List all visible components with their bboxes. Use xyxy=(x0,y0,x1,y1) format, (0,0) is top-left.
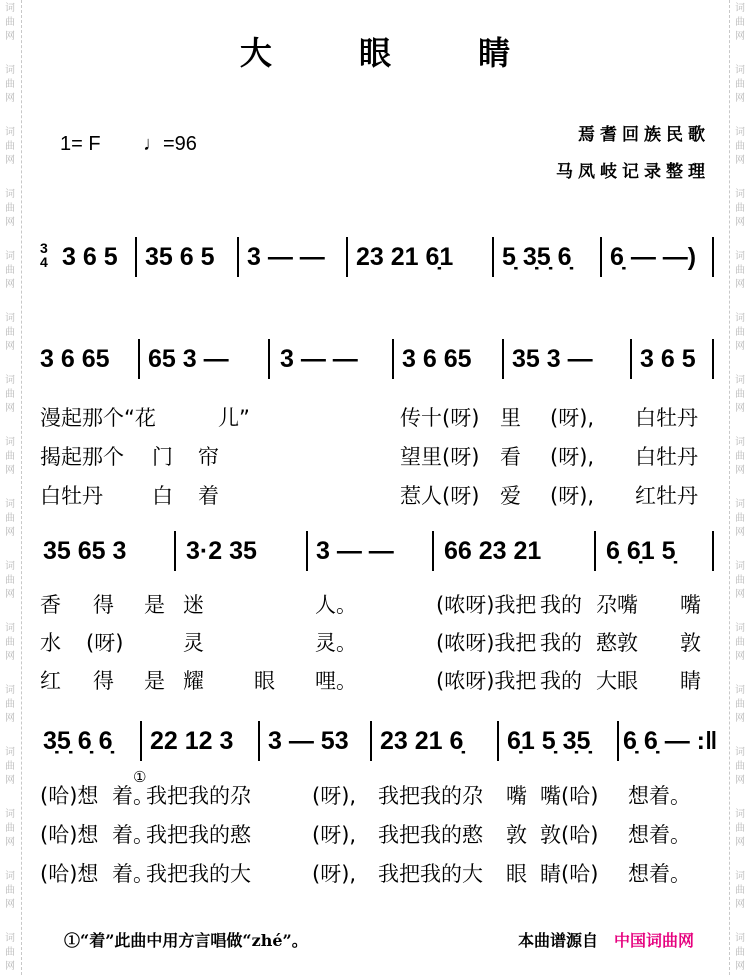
measure: 65 3 — xyxy=(148,345,229,374)
barline xyxy=(432,531,434,571)
measure: 35 65 3 xyxy=(43,537,126,566)
watermark-group: 词曲网 xyxy=(735,188,745,230)
watermark-group: 词曲网 xyxy=(5,312,15,354)
barline xyxy=(492,237,494,277)
watermark-group: 词曲网 xyxy=(735,250,745,292)
watermark-group: 词曲网 xyxy=(5,436,15,478)
measure: 22 12 3 xyxy=(150,727,233,756)
measure: 3 — — xyxy=(247,243,325,272)
measure: 5̣ 3̣5̣ 6̣ xyxy=(502,243,572,272)
margin-guide-left xyxy=(21,0,22,975)
barline xyxy=(306,531,308,571)
barline xyxy=(258,721,260,761)
measure: 66 23 21 xyxy=(444,537,541,566)
watermark-group: 词曲网 xyxy=(735,312,745,354)
footnote: ①“着”此曲中用方言唱做“zhé”。 xyxy=(64,928,308,951)
measure: 3 6 65 xyxy=(40,345,110,374)
barline xyxy=(617,721,619,761)
barline xyxy=(140,721,142,761)
barline xyxy=(174,531,176,571)
measure: 3 6 5 xyxy=(62,243,118,272)
source-label: 本曲谱源自 xyxy=(518,931,598,950)
measure: 3 — 53 xyxy=(268,727,349,756)
watermark-group: 词曲网 xyxy=(5,746,15,788)
watermark-group: 词曲网 xyxy=(5,808,15,850)
measure: 6̣ — —) xyxy=(610,243,696,272)
watermark-left: 词曲网词曲网词曲网词曲网词曲网词曲网词曲网词曲网词曲网词曲网词曲网词曲网词曲网词… xyxy=(0,0,20,975)
barline xyxy=(712,237,714,277)
score-row-3: 35 65 3 3·2 35 3 — — 66 23 21 6̣ 6̣1 5̣ xyxy=(40,537,716,581)
watermark-group: 词曲网 xyxy=(5,498,15,540)
measure: 23 21 6̣ xyxy=(380,727,463,756)
watermark-group: 词曲网 xyxy=(5,684,15,726)
song-title: 大 眼 睛 xyxy=(0,28,750,74)
barline xyxy=(237,237,239,277)
measure: 35 3 — xyxy=(512,345,593,374)
watermark-group: 词曲网 xyxy=(735,684,745,726)
measure: 3 6 5 xyxy=(640,345,696,374)
barline xyxy=(392,339,394,379)
origin-credit: 焉耆回族民歌 xyxy=(578,120,710,145)
watermark-group: 词曲网 xyxy=(5,374,15,416)
footnote-marker: ① xyxy=(133,768,146,786)
measure: 3 6 65 xyxy=(402,345,472,374)
watermark-group: 词曲网 xyxy=(735,808,745,850)
barline xyxy=(346,237,348,277)
watermark-right: 词曲网词曲网词曲网词曲网词曲网词曲网词曲网词曲网词曲网词曲网词曲网词曲网词曲网词… xyxy=(730,0,750,975)
watermark-group: 词曲网 xyxy=(5,188,15,230)
measure: 3 — — xyxy=(316,537,394,566)
barline xyxy=(630,339,632,379)
source-brand-link[interactable]: 中国词曲网 xyxy=(614,931,694,950)
barline xyxy=(712,531,714,571)
source-credit: 本曲谱源自中国词曲网 xyxy=(518,928,694,951)
watermark-group: 词曲网 xyxy=(735,560,745,602)
measure: 35 6 5 xyxy=(145,243,215,272)
tempo-marking: ♩=96 xyxy=(143,133,197,156)
barline xyxy=(138,339,140,379)
margin-guide-right xyxy=(729,0,730,975)
watermark-group: 词曲网 xyxy=(5,870,15,912)
measure: 6̣ 6̣1 5̣ xyxy=(606,537,676,566)
watermark-group: 词曲网 xyxy=(5,250,15,292)
watermark-group: 词曲网 xyxy=(735,746,745,788)
barline xyxy=(600,237,602,277)
barline xyxy=(135,237,137,277)
watermark-group: 词曲网 xyxy=(735,374,745,416)
watermark-group: 词曲网 xyxy=(5,622,15,664)
watermark-group: 词曲网 xyxy=(735,126,745,168)
barline xyxy=(712,339,714,379)
watermark-group: 词曲网 xyxy=(5,932,15,974)
watermark-group: 词曲网 xyxy=(735,622,745,664)
measure: 3̣5̣ 6̣ 6̣ xyxy=(43,727,113,756)
barline xyxy=(497,721,499,761)
barline xyxy=(370,721,372,761)
time-signature: 34 xyxy=(40,241,48,269)
score-row-1: 34 3 6 5 35 6 5 3 — — 23 21 6̣1 5̣ 3̣5̣ … xyxy=(40,243,716,287)
score-row-2: 3 6 65 65 3 — 3 — — 3 6 65 35 3 — 3 6 5 xyxy=(40,345,716,389)
measure: 3·2 35 xyxy=(186,537,257,566)
recorder-credit: 马凤岐记录整理 xyxy=(556,157,710,182)
measure: 6̣1 5̣ 3̣5̣ xyxy=(507,727,590,756)
measure: 23 21 6̣1 xyxy=(356,243,453,272)
watermark-group: 词曲网 xyxy=(735,870,745,912)
barline xyxy=(268,339,270,379)
barline xyxy=(502,339,504,379)
measure: 3 — — xyxy=(280,345,358,374)
key-signature: 1= F xyxy=(60,133,101,156)
watermark-group: 词曲网 xyxy=(735,932,745,974)
barline xyxy=(594,531,596,571)
watermark-group: 词曲网 xyxy=(735,436,745,478)
watermark-group: 词曲网 xyxy=(5,560,15,602)
score-row-4: 3̣5̣ 6̣ 6̣ 22 12 3 3 — 53 23 21 6̣ 6̣1 5… xyxy=(40,727,716,771)
watermark-group: 词曲网 xyxy=(5,126,15,168)
measure: 6̣ 6̣ — :‖ xyxy=(623,727,717,756)
watermark-group: 词曲网 xyxy=(735,498,745,540)
